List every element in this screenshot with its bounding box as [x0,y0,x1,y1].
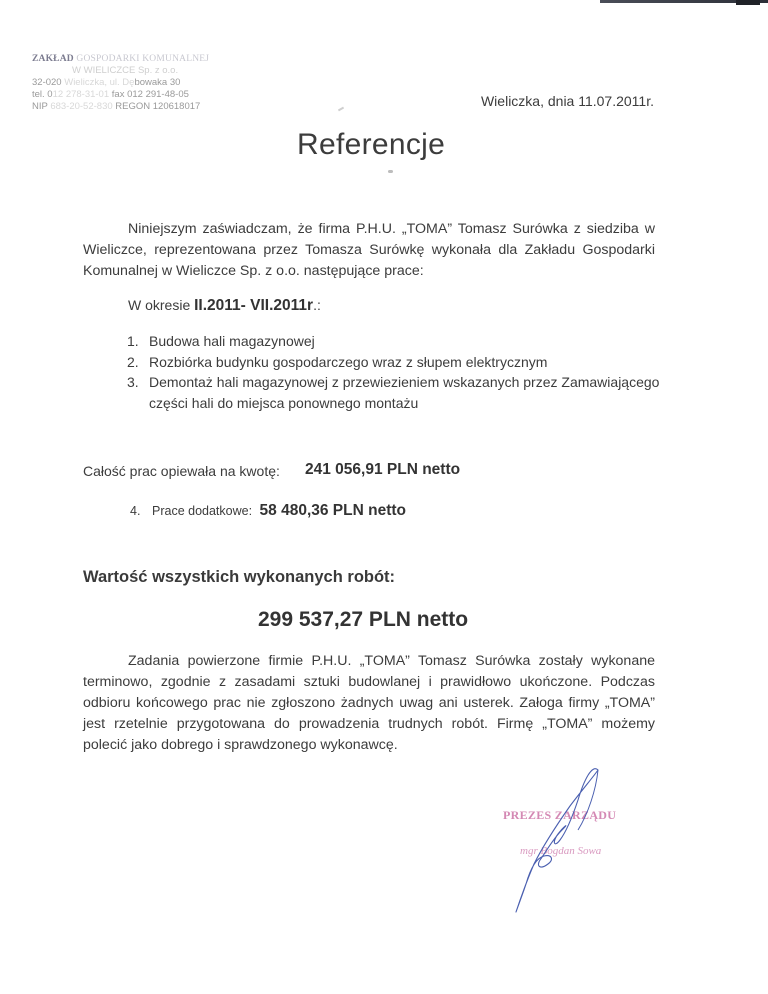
closing-paragraph: Zadania powierzone firmie P.H.U. „TOMA” … [83,651,655,756]
total-amount: 241 056,91 PLN netto [305,461,460,479]
summary-value: 299 537,27 PLN netto [258,608,468,632]
signature-block: PREZES ZARZĄDU mgr Bogdan Sowa [480,760,660,920]
extra-works-row: 4.Prace dodatkowe: 58 480,36 PLN netto [130,502,406,520]
stamp-phone: tel. 012 278-31-01 fax 012 291-48-05 [32,89,212,101]
stamp-org-name: ZAKŁAD GOSPODARKI KOMUNALNEJ [32,53,212,65]
date-line: Wieliczka, dnia 11.07.2011r. [481,93,654,109]
work-period: W okresie II.2011- VII.2011r.: [128,297,321,315]
scan-artifact [338,107,344,112]
intro-paragraph: Niniejszym zaświadczam, że firma P.H.U. … [83,219,655,281]
list-item: 2.Rozbiórka budynku gospodarczego wraz z… [127,352,687,373]
total-label: Całość prac opiewała na kwotę: [83,463,280,479]
stamp-org-subtitle: W WIELICZCE Sp. z o.o. [32,65,212,77]
stamp-nip-regon: NIP 683-20-52-830 REGON 120618017 [32,101,212,113]
extra-label: Prace dodatkowe: [152,504,252,518]
list-item: 1.Budowa hali magazynowej [127,331,687,352]
scan-edge-mark [736,0,760,5]
document-title: Referencje [297,128,445,162]
list-item: 3.Demontaż hali magazynowej z przewiezie… [127,372,687,413]
work-list: 1.Budowa hali magazynowej 2.Rozbiórka bu… [127,331,687,413]
handwritten-signature-icon [480,760,660,920]
total-amount-row: Całość prac opiewała na kwotę: 241 056,9… [83,463,280,479]
summary-label: Wartość wszystkich wykonanych robót: [83,568,395,587]
extra-amount: 58 480,36 PLN netto [260,502,406,519]
company-stamp: ZAKŁAD GOSPODARKI KOMUNALNEJ W WIELICZCE… [32,53,212,113]
stamp-address: 32-020 Wieliczka, ul. Dębowaka 30 [32,77,212,89]
scan-artifact [388,170,393,173]
